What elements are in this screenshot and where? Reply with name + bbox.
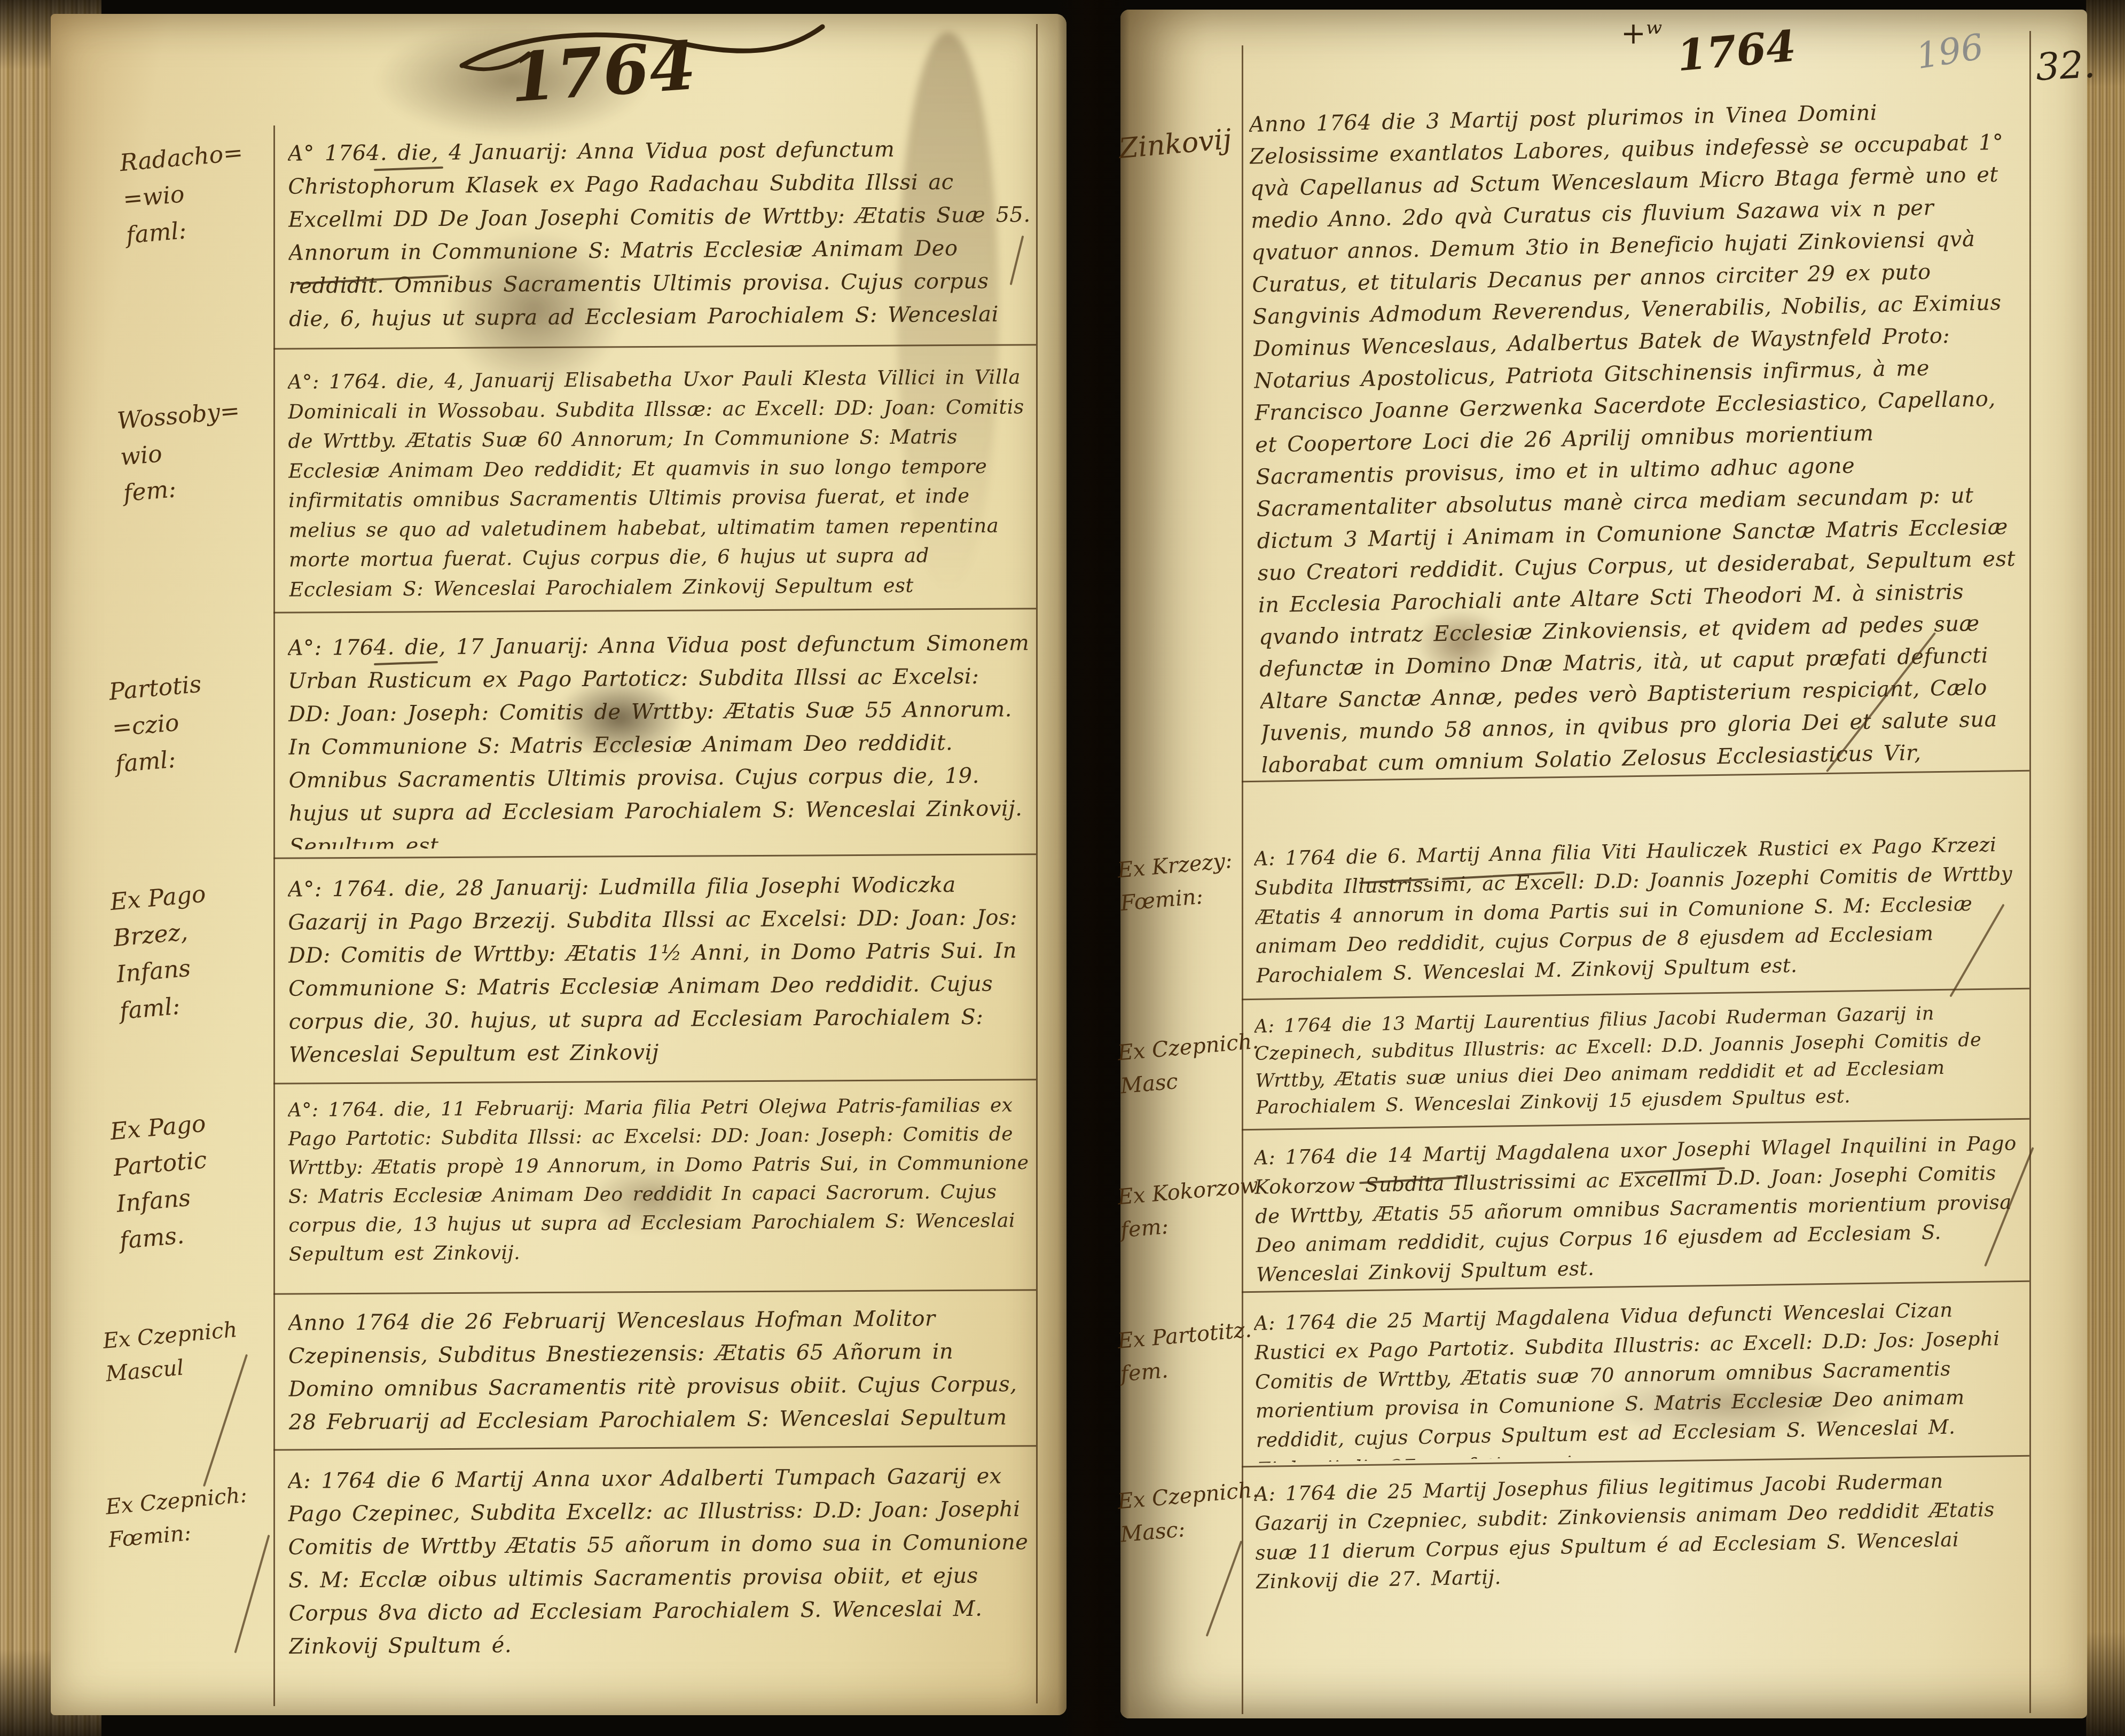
burial-entry: A° 1764. die, 4 Januarij: Anna Vidua pos… xyxy=(288,132,1032,341)
margin-annotation: Ex Czepnich Mascul xyxy=(101,1313,241,1391)
burial-entry: Anno 1764 die 3 Martij post plurimos in … xyxy=(1249,94,2025,776)
burial-entry: A: 1764 die 25 Martij Josephus filius le… xyxy=(1254,1465,2020,1607)
burial-entry: A°: 1764. die, 4, Januarij Elisabetha Ux… xyxy=(287,362,1031,605)
margin-annotation: Ex Czepnich. Masc: xyxy=(1116,1473,1263,1552)
margin-annotation: Ex Pago Partotic Infans fams. xyxy=(108,1106,217,1259)
burial-entry: A°: 1764. die, 17 Januarij: Anna Vidua p… xyxy=(288,626,1032,850)
burial-entry: A: 1764 die 14 Martij Magdalena uxor Jos… xyxy=(1254,1129,2020,1289)
left-year-header: 1764 xyxy=(507,27,698,117)
right-year-header: 1764 xyxy=(1675,20,1798,81)
burial-entry: A: 1764 die 6. Martij Anna filia Viti Ha… xyxy=(1253,830,2020,993)
book-page-edges-right xyxy=(2086,0,2125,1736)
burial-entry: A°: 1764. die, 11 Februarij: Maria filia… xyxy=(288,1091,1031,1286)
margin-annotation: Ex Kokorzow fem: xyxy=(1116,1169,1263,1247)
margin-annotation: Ex Pago Brzez, Infans faml: xyxy=(108,876,217,1030)
margin-annotation: Ex Krzezy: Fœmin: xyxy=(1116,844,1236,920)
burial-entry: Anno 1764 die 26 Februarij Wenceslaus Ho… xyxy=(288,1301,1031,1441)
margin-annotation: Partotis =czio faml: xyxy=(107,666,209,783)
page-number-ink: 32. xyxy=(2035,42,2096,89)
margin-annotation: Ex Partotitz. fem. xyxy=(1116,1313,1256,1391)
right-page-margin-rule xyxy=(1242,45,1243,1714)
manuscript-scan: 1764 +ʷ 1764 196 32. Radacho= =wio faml:… xyxy=(0,0,2125,1736)
margin-annotation: Ex Czepnich. Masc xyxy=(1116,1025,1263,1103)
margin-annotation: Ex Czepnich: Fœmin: xyxy=(104,1479,251,1557)
margin-annotation: Radacho= =wio faml: xyxy=(119,135,251,254)
left-page-right-rule xyxy=(1036,24,1038,1703)
burial-entry: A°: 1764. die, 28 Januarij: Ludmilla fil… xyxy=(288,868,1032,1075)
burial-entry: A: 1764 die 6 Martij Anna uxor Adalberti… xyxy=(288,1459,1032,1678)
burial-entry: A: 1764 die 25 Martij Magdalena Vidua de… xyxy=(1253,1294,2020,1463)
right-page-right-rule xyxy=(2029,31,2031,1713)
burial-entry: A: 1764 die 13 Martij Laurentius filius … xyxy=(1254,999,2020,1126)
margin-annotation: Wossoby= wio fem: xyxy=(116,392,248,512)
cross-mark: +ʷ xyxy=(1621,16,1662,51)
left-page-margin-rule xyxy=(273,125,275,1706)
